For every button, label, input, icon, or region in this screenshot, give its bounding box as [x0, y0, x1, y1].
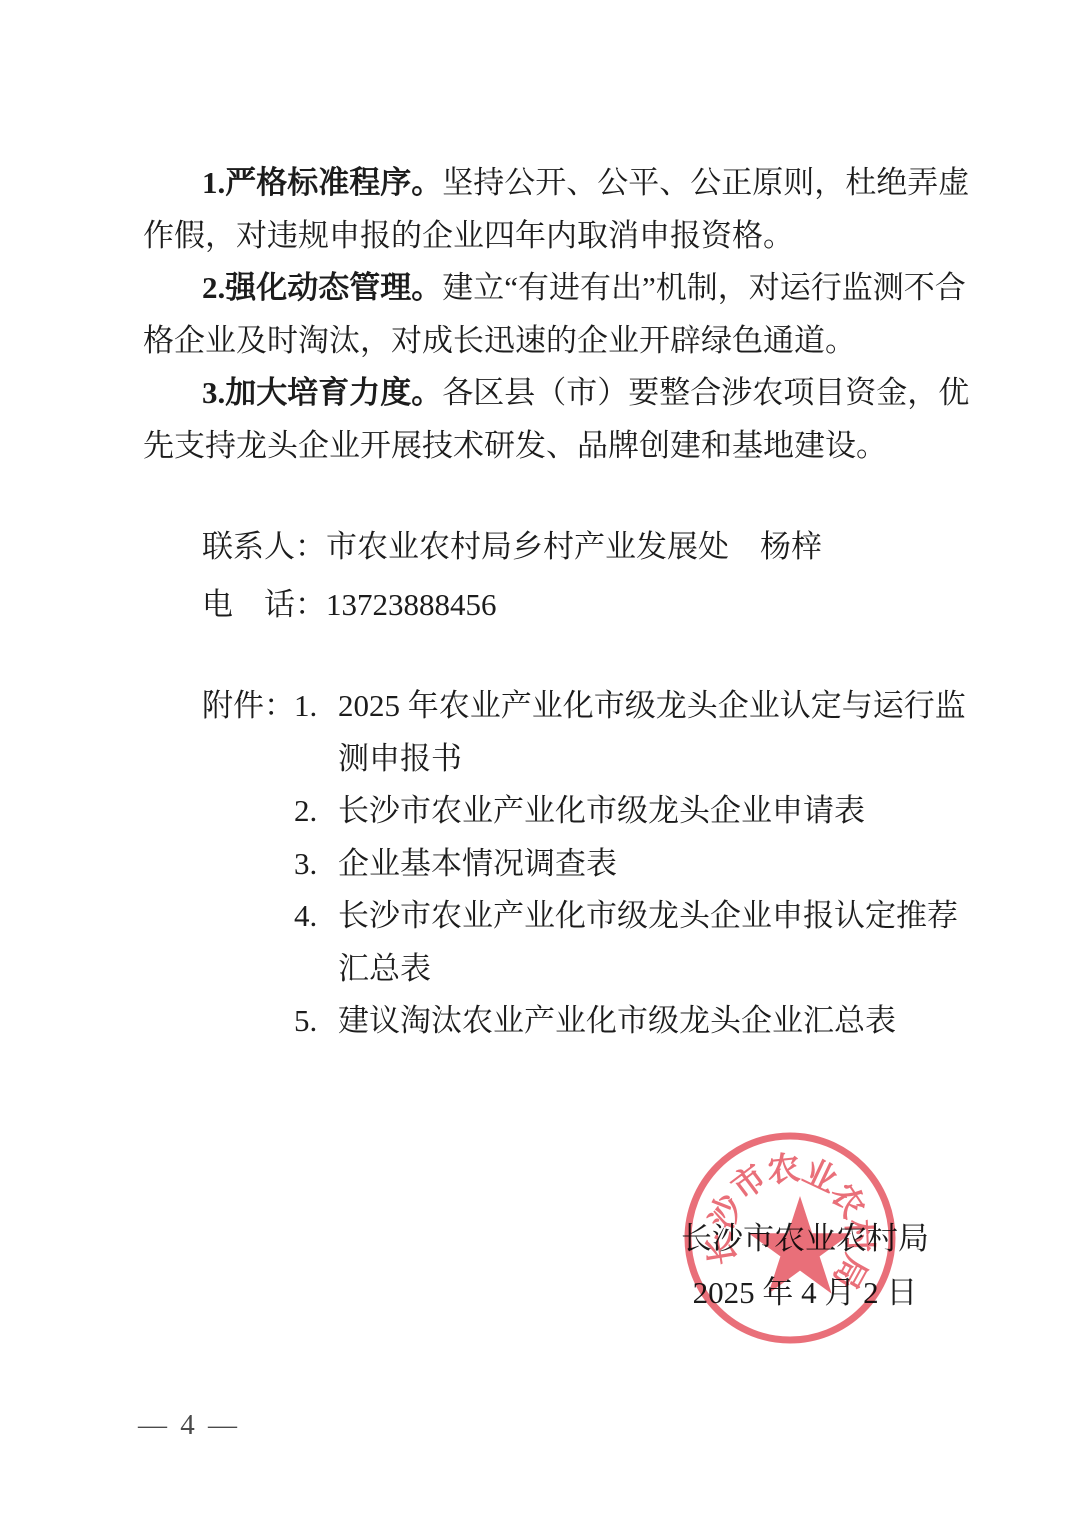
paragraph-3-line-1: 3.加大培育力度。各区县（市）要整合涉农项目资金，优 — [143, 367, 969, 420]
attachments-list: 附件： 1. 2025 年农业产业化市级龙头企业认定与运行监 测申报书 2. 长… — [202, 680, 966, 1048]
attachment-item-2: 2. 长沙市农业产业化市级龙头企业申请表 — [294, 785, 966, 838]
attachment-1-number: 1. — [294, 680, 338, 733]
paragraph-2-heading: 2.强化动态管理。 — [202, 270, 442, 305]
attachment-4-title: 长沙市农业产业化市级龙头企业申报认定推荐 汇总表 — [338, 890, 958, 995]
contact-phone: 电 话：13723888456 — [202, 576, 822, 634]
attachment-3-number: 3. — [294, 838, 338, 891]
document-page: 1.严格标准程序。坚持公开、公平、公正原则，杜绝弄虚 作假，对违规申报的企业四年… — [0, 0, 1074, 1520]
attachments-items: 1. 2025 年农业产业化市级龙头企业认定与运行监 测申报书 2. 长沙市农业… — [294, 680, 966, 1048]
paragraph-3-text: 各区县（市）要整合涉农项目资金，优 — [442, 375, 969, 410]
paragraph-1-text: 坚持公开、公平、公正原则，杜绝弄虚 — [442, 165, 969, 200]
attachment-5-title: 建议淘汰农业产业化市级龙头企业汇总表 — [338, 995, 896, 1048]
paragraph-2-line-1: 2.强化动态管理。建立“有进有出”机制，对运行监测不合 — [143, 262, 969, 315]
attachment-item-4: 4. 长沙市农业产业化市级龙头企业申报认定推荐 汇总表 — [294, 890, 966, 995]
paragraph-1-line-1: 1.严格标准程序。坚持公开、公平、公正原则，杜绝弄虚 — [143, 157, 969, 210]
paragraph-3-line-2: 先支持龙头企业开展技术研发、品牌创建和基地建设。 — [143, 420, 969, 473]
body-text: 1.严格标准程序。坚持公开、公平、公正原则，杜绝弄虚 作假，对违规申报的企业四年… — [143, 157, 969, 472]
attachments-label: 附件： — [202, 680, 294, 733]
attachment-item-3: 3. 企业基本情况调查表 — [294, 838, 966, 891]
paragraph-2-line-2: 格企业及时淘汰，对成长迅速的企业开辟绿色通道。 — [143, 315, 969, 368]
attachment-2-title: 长沙市农业产业化市级龙头企业申请表 — [338, 785, 865, 838]
attachment-2-number: 2. — [294, 785, 338, 838]
official-seal-stamp: 长沙市农业农村局 — [655, 1105, 945, 1395]
paragraph-1-line-2: 作假，对违规申报的企业四年内取消申报资格。 — [143, 210, 969, 263]
attachment-item-5: 5. 建议淘汰农业产业化市级龙头企业汇总表 — [294, 995, 966, 1048]
attachment-item-1: 1. 2025 年农业产业化市级龙头企业认定与运行监 测申报书 — [294, 680, 966, 785]
paragraph-1-heading: 1.严格标准程序。 — [202, 165, 442, 200]
paragraph-3-heading: 3.加大培育力度。 — [202, 375, 442, 410]
contact-person: 联系人：市农业农村局乡村产业发展处 杨梓 — [202, 518, 822, 576]
attachment-5-number: 5. — [294, 995, 338, 1048]
paragraph-2-text: 建立“有进有出”机制，对运行监测不合 — [442, 270, 966, 305]
attachment-3-title: 企业基本情况调查表 — [338, 838, 617, 891]
attachment-1-title: 2025 年农业产业化市级龙头企业认定与运行监 测申报书 — [338, 680, 966, 785]
contact-info: 联系人：市农业农村局乡村产业发展处 杨梓 电 话：13723888456 — [202, 518, 822, 634]
attachment-4-number: 4. — [294, 890, 338, 943]
page-number: — 4 — — [138, 1408, 240, 1442]
